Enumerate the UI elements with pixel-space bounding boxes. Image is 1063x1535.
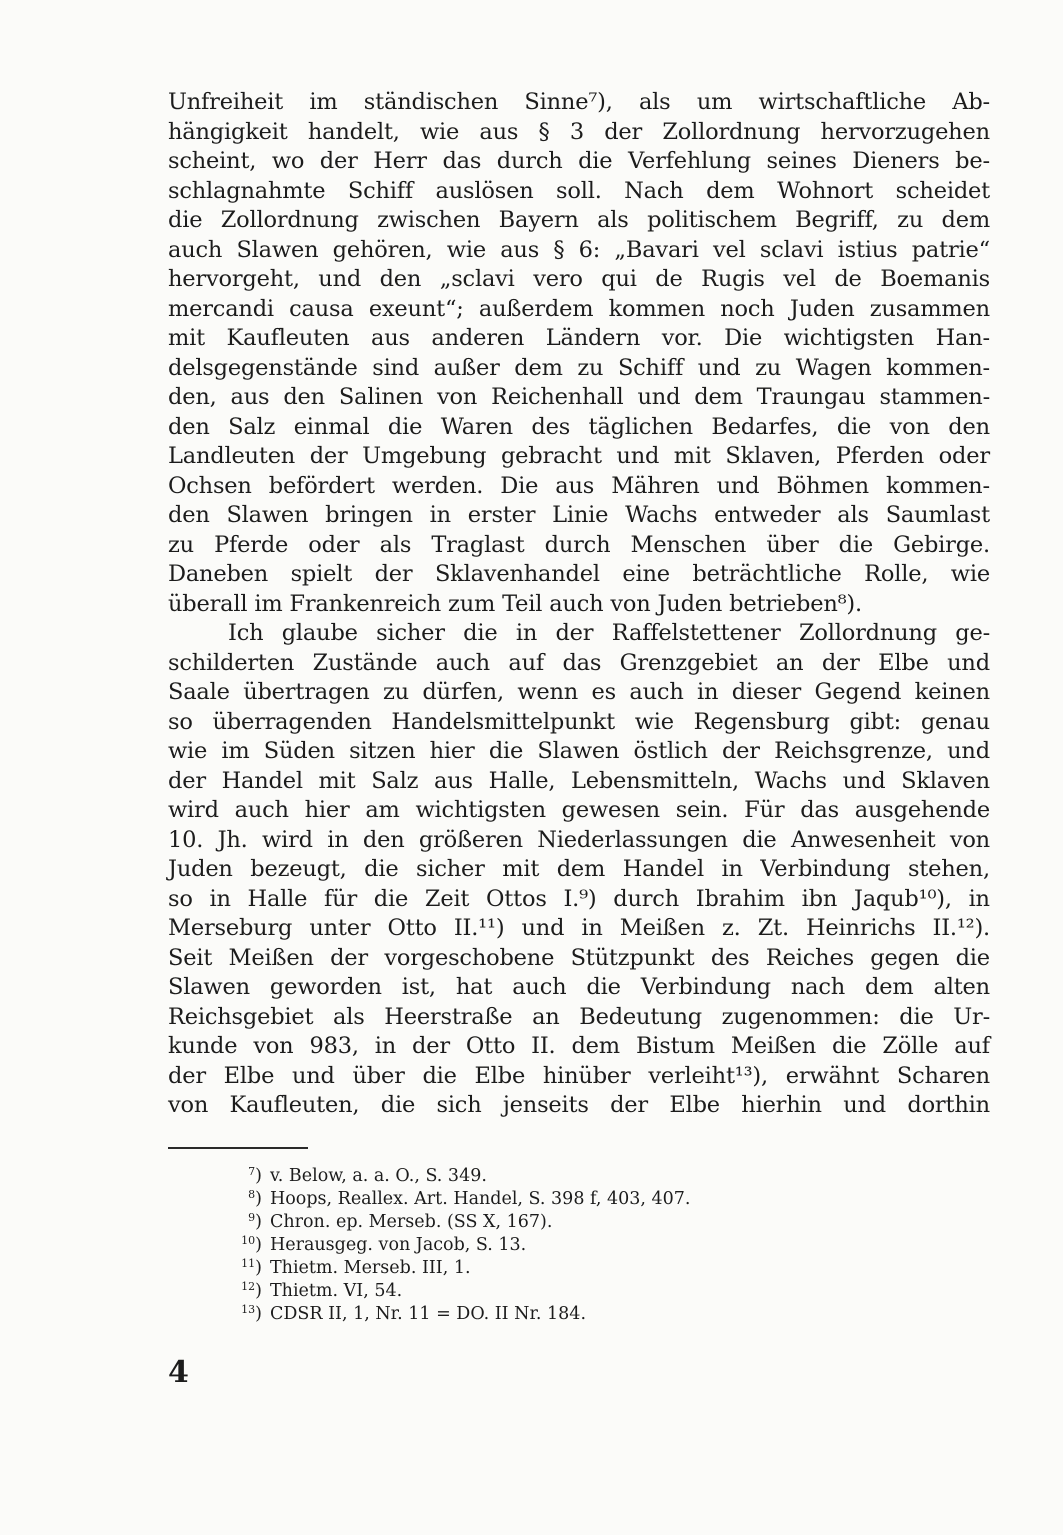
footnote-7: 7)v. Below, a. a. O., S. 349. xyxy=(228,1165,691,1188)
text-line: IchglaubesicherdieinderRaffelstettenerZo… xyxy=(168,619,990,649)
text-line: dieZollordnungzwischenBayernalspolitisch… xyxy=(168,206,990,236)
text-line: denSalzeinmaldieWarendestäglichenBedarfe… xyxy=(168,413,990,443)
footnote-12: 12)Thietm. VI, 54. xyxy=(228,1280,691,1303)
footnote-text: v. Below, a. a. O., S. 349. xyxy=(270,1166,487,1186)
page-body: UnfreiheitimständischenSinne⁷),alsumwirt… xyxy=(168,88,990,1121)
footnote-marker: 7) xyxy=(228,1165,262,1188)
text-line: auchSlawengehören,wieaus§6:„Bavarivelscl… xyxy=(168,236,990,266)
text-line: SeitMeißendervorgeschobeneStützpunktdesR… xyxy=(168,944,990,974)
text-line: denSlawenbringeninersterLinieWachsentwed… xyxy=(168,501,990,531)
footnote-marker: 13) xyxy=(228,1303,262,1326)
text-line: Slawengewordenist,hatauchdieVerbindungna… xyxy=(168,973,990,1003)
text-line: derElbeundüberdieElbehinüberverleiht¹³),… xyxy=(168,1062,990,1092)
footnote-text: Thietm. VI, 54. xyxy=(270,1281,402,1301)
text-line: schildertenZuständeauchaufdasGrenzgebiet… xyxy=(168,649,990,679)
text-line: den,ausdenSalinenvonReichenhallunddemTra… xyxy=(168,383,990,413)
footnote-marker: 8) xyxy=(228,1188,262,1211)
footnote-13: 13)CDSR II, 1, Nr. 11 = DO. II Nr. 184. xyxy=(228,1303,691,1326)
text-line: schlagnahmteSchiffauslösensoll.NachdemWo… xyxy=(168,177,990,207)
footnote-10: 10)Herausgeg. von Jacob, S. 13. xyxy=(228,1234,691,1257)
text-line: soinHallefürdieZeitOttosI.⁹)durchIbrahim… xyxy=(168,885,990,915)
text-line: UnfreiheitimständischenSinne⁷),alsumwirt… xyxy=(168,88,990,118)
text-line: wieimSüdensitzenhierdieSlawenöstlichderR… xyxy=(168,737,990,767)
text-line: derHandelmitSalzausHalle,Lebensmitteln,W… xyxy=(168,767,990,797)
footnote-marker: 12) xyxy=(228,1280,262,1303)
text-line: Judenbezeugt,diesichermitdemHandelinVerb… xyxy=(168,855,990,885)
text-line: ReichsgebietalsHeerstraßeanBedeutungzuge… xyxy=(168,1003,990,1033)
text-line: überall im Frankenreich zum Teil auch vo… xyxy=(168,590,990,620)
text-line: 10.Jh.wirdindengrößerenNiederlassungendi… xyxy=(168,826,990,856)
text-line: MerseburgunterOttoII.¹¹)undinMeißenz.Zt.… xyxy=(168,914,990,944)
footnotes: 7)v. Below, a. a. O., S. 349.8)Hoops, Re… xyxy=(228,1165,691,1326)
text-line: hervorgeht,undden„sclaviveroquideRugisve… xyxy=(168,265,990,295)
text-line: scheint,woderHerrdasdurchdieVerfehlungse… xyxy=(168,147,990,177)
body-text: UnfreiheitimständischenSinne⁷),alsumwirt… xyxy=(168,88,990,1121)
footnote-9: 9)Chron. ep. Merseb. (SS X, 167). xyxy=(228,1211,691,1234)
footnote-text: Chron. ep. Merseb. (SS X, 167). xyxy=(270,1212,552,1232)
text-line: delsgegenständesindaußerdemzuSchiffundzu… xyxy=(168,354,990,384)
page-number: 4 xyxy=(168,1355,189,1390)
footnote-text: Hoops, Reallex. Art. Handel, S. 398 f, 4… xyxy=(270,1189,691,1209)
text-line: hängigkeithandelt,wieaus§3derZollordnung… xyxy=(168,118,990,148)
footnote-text: Herausgeg. von Jacob, S. 13. xyxy=(270,1235,526,1255)
text-line: zuPferdeoderalsTraglastdurchMenschenüber… xyxy=(168,531,990,561)
text-line: Saaleübertragenzudürfen,wennesauchindies… xyxy=(168,678,990,708)
text-line: kundevon983,inderOttoII.demBistumMeißend… xyxy=(168,1032,990,1062)
footnote-separator-rule xyxy=(168,1147,308,1149)
text-line: soüberragendenHandelsmittelpunktwieRegen… xyxy=(168,708,990,738)
text-line: wirdauchhieramwichtigstengewesensein.Für… xyxy=(168,796,990,826)
text-line: vonKaufleuten,diesichjenseitsderElbehier… xyxy=(168,1091,990,1121)
footnote-11: 11)Thietm. Merseb. III, 1. xyxy=(228,1257,691,1280)
text-line: DanebenspieltderSklavenhandeleinebeträch… xyxy=(168,560,990,590)
footnote-marker: 9) xyxy=(228,1211,262,1234)
footnote-8: 8)Hoops, Reallex. Art. Handel, S. 398 f,… xyxy=(228,1188,691,1211)
text-line: mitKaufleutenausanderenLändernvor.Diewic… xyxy=(168,324,990,354)
text-line: LandleutenderUmgebunggebrachtundmitSklav… xyxy=(168,442,990,472)
footnote-text: Thietm. Merseb. III, 1. xyxy=(270,1258,471,1278)
footnote-marker: 10) xyxy=(228,1234,262,1257)
footnote-text: CDSR II, 1, Nr. 11 = DO. II Nr. 184. xyxy=(270,1304,586,1324)
text-line: Ochsenbefördertwerden.DieausMährenundBöh… xyxy=(168,472,990,502)
text-line: mercandicausaexeunt“;außerdemkommennochJ… xyxy=(168,295,990,325)
footnote-marker: 11) xyxy=(228,1257,262,1280)
